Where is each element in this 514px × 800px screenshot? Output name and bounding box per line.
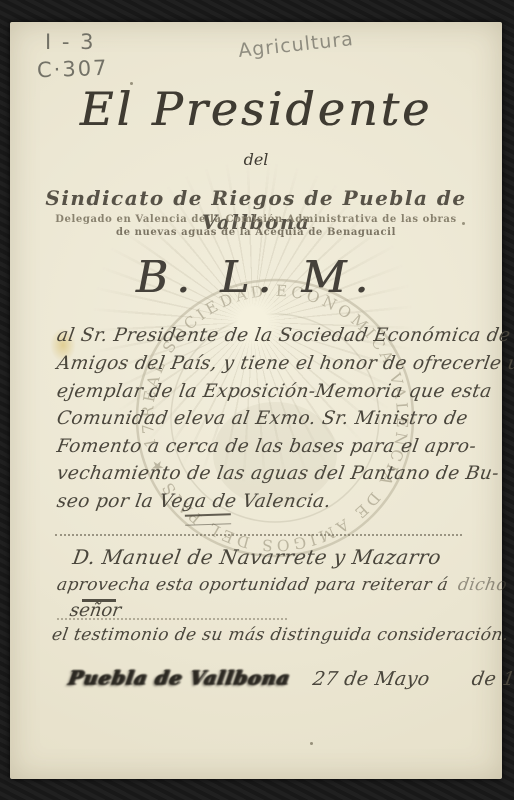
body-line-text: vechamiento de las aguas del Pantano de … xyxy=(55,463,500,484)
body-line-text: Fomento a cerca de las bases para el apr… xyxy=(55,436,477,457)
body-line: Comunidad eleva al Exmo. Sr. Ministro de xyxy=(57,408,464,429)
place-overprint: Puebla de Vallbona xyxy=(66,668,291,690)
body-line: vechamiento de las aguas del Pantano de … xyxy=(57,463,464,484)
inserted-word-senor: señor xyxy=(70,600,121,621)
document-paper: REAL SOCIEDAD ECONOMICA VALENCIA DE AMIG… xyxy=(10,22,502,779)
body-line-text: al Sr. Presidente de la Sociedad Económi… xyxy=(55,325,512,346)
letterhead-del: del xyxy=(10,150,502,169)
closing-line-1-end: dicho xyxy=(457,575,509,595)
archival-code-line1: I - 3 xyxy=(45,30,95,54)
dateline: Puebla de Vallbona 27 de Mayo de 1907. xyxy=(68,668,464,690)
scanned-page: REAL SOCIEDAD ECONOMICA VALENCIA DE AMIG… xyxy=(0,0,514,800)
paper-speck xyxy=(310,742,313,745)
closing-line-2-text: el testimonio de su más distinguida cons… xyxy=(50,625,510,645)
closing-line-1: aprovecha esta oportunidad para reiterar… xyxy=(57,575,464,595)
closing-line-2: el testimonio de su más distinguida cons… xyxy=(52,625,464,645)
body-line-text: ejemplar de la Exposición-Memoria que es… xyxy=(55,381,493,402)
inserted-word-text: señor xyxy=(68,600,122,621)
printed-dotted-rule xyxy=(55,534,462,536)
sender-name: D. Manuel de Navarrete y Mazarro xyxy=(71,545,443,569)
organization-detail-1: Delegado en Valencia de la Comisión Admi… xyxy=(10,214,502,225)
archival-code-line2: C·307 xyxy=(37,56,109,82)
sender-name-line: D. Manuel de Navarrete y Mazarro xyxy=(73,545,464,569)
body-line-text: Amigos del País, y tiene el honor de ofr… xyxy=(55,353,514,374)
body-line-text: seo por la Vega de Valencia. xyxy=(55,491,332,512)
date-year: de 1907. xyxy=(470,668,514,690)
body-line: Fomento a cerca de las bases para el apr… xyxy=(57,436,464,457)
letterhead-title: El Presidente xyxy=(10,82,502,136)
body-line: seo por la Vega de Valencia. xyxy=(57,491,464,512)
body-line: ejemplar de la Exposición-Memoria que es… xyxy=(57,381,464,402)
blm-salutation: B. L. M. xyxy=(10,252,502,303)
body-line: Amigos del País, y tiene el honor de ofr… xyxy=(57,353,464,374)
body-line-text: Comunidad eleva al Exmo. Sr. Ministro de xyxy=(55,408,469,429)
organization-detail-2: de nuevas aguas de la Acequia de Benagua… xyxy=(10,227,502,238)
closing-line-1-text: aprovecha esta oportunidad para reiterar… xyxy=(55,575,449,595)
body-line: al Sr. Presidente de la Sociedad Económi… xyxy=(57,325,464,346)
archival-subject-note: Agricultura xyxy=(237,28,355,62)
date-day: 27 de Mayo xyxy=(312,668,432,690)
ink-flourish xyxy=(185,513,231,526)
